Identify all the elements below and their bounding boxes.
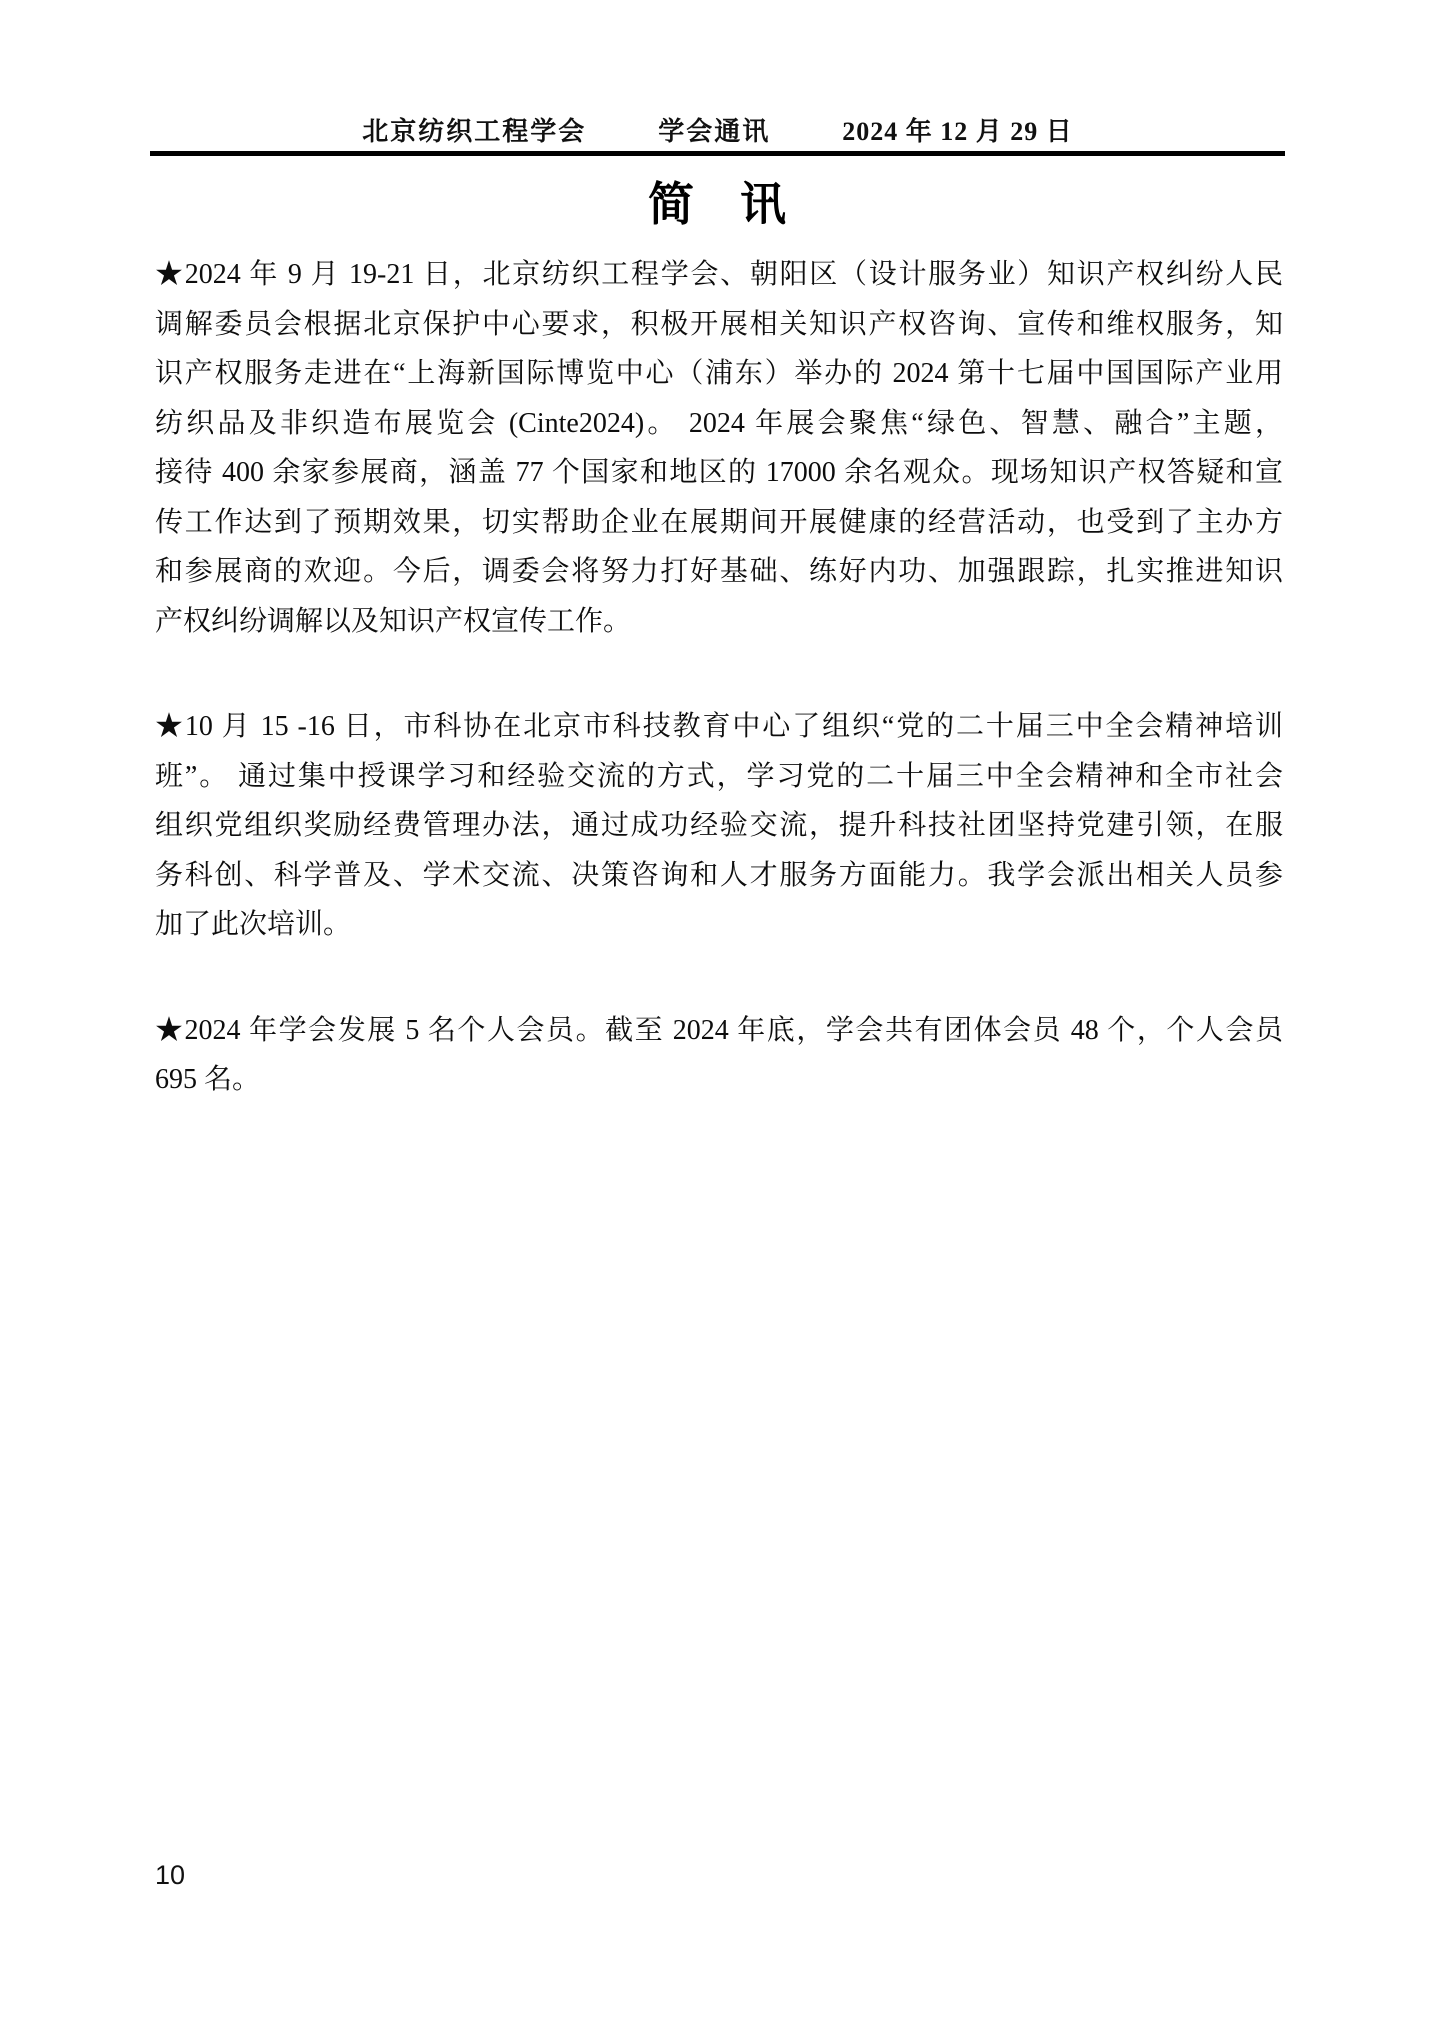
paragraph-line: 务科创、科学普及、学术交流、决策咨询和人才服务方面能力。我学会派出相关人员参 — [155, 851, 1283, 901]
page-title: 简 讯 — [0, 174, 1434, 236]
paragraph-line: ★2024 年 9 月 19-21 日，北京纺织工程学会、朝阳区（设计服务业）知… — [155, 250, 1283, 300]
paragraph-line: 和参展商的欢迎。今后，调委会将努力打好基础、练好内功、加强跟踪，扎实推进知识 — [155, 547, 1283, 597]
header-date: 2024 年 12 月 29 日 — [842, 111, 1073, 148]
paragraph-line: 加了此次培训。 — [155, 900, 1283, 950]
document-body: ★2024 年 9 月 19-21 日，北京纺织工程学会、朝阳区（设计服务业）知… — [155, 250, 1283, 1105]
header-organization: 北京纺织工程学会 — [362, 111, 586, 148]
paragraph-line: 班”。 通过集中授课学习和经验交流的方式，学习党的二十届三中全会精神和全市社会 — [155, 752, 1283, 802]
paragraph-line: 传工作达到了预期效果，切实帮助企业在展期间开展健康的经营活动，也受到了主办方 — [155, 498, 1283, 548]
news-item-1: ★2024 年 9 月 19-21 日，北京纺织工程学会、朝阳区（设计服务业）知… — [155, 250, 1283, 646]
paragraph-line: 识产权服务走进在“上海新国际博览中心（浦东）举办的 2024 第十七届中国国际产… — [155, 349, 1283, 399]
page-header: 北京纺织工程学会 学会通讯 2024 年 12 月 29 日 — [150, 110, 1285, 148]
paragraph-line: 695 名。 — [155, 1055, 1283, 1105]
paragraph-line: 纺织品及非织造布展览会 (Cinte2024)。 2024 年展会聚焦“绿色、智… — [155, 399, 1283, 449]
paragraph-line: ★10 月 15 -16 日，市科协在北京市科技教育中心了组织“党的二十届三中全… — [155, 702, 1283, 752]
paragraph-line: 调解委员会根据北京保护中心要求，积极开展相关知识产权咨询、宣传和维权服务，知 — [155, 300, 1283, 350]
header-divider-rule — [150, 151, 1285, 156]
header-newsletter-title: 学会通讯 — [658, 111, 770, 148]
paragraph-line: ★2024 年学会发展 5 名个人会员。截至 2024 年底，学会共有团体会员 … — [155, 1006, 1283, 1056]
news-item-2: ★10 月 15 -16 日，市科协在北京市科技教育中心了组织“党的二十届三中全… — [155, 702, 1283, 950]
paragraph-line: 组织党组织奖励经费管理办法，通过成功经验交流，提升科技社团坚持党建引领，在服 — [155, 801, 1283, 851]
document-page: 北京纺织工程学会 学会通讯 2024 年 12 月 29 日 简 讯 ★2024… — [0, 0, 1434, 2024]
page-number: 10 — [155, 1860, 185, 1891]
paragraph-line: 产权纠纷调解以及知识产权宣传工作。 — [155, 597, 1283, 647]
paragraph-line: 接待 400 余家参展商，涵盖 77 个国家和地区的 17000 余名观众。现场… — [155, 448, 1283, 498]
news-item-3: ★2024 年学会发展 5 名个人会员。截至 2024 年底，学会共有团体会员 … — [155, 1006, 1283, 1105]
